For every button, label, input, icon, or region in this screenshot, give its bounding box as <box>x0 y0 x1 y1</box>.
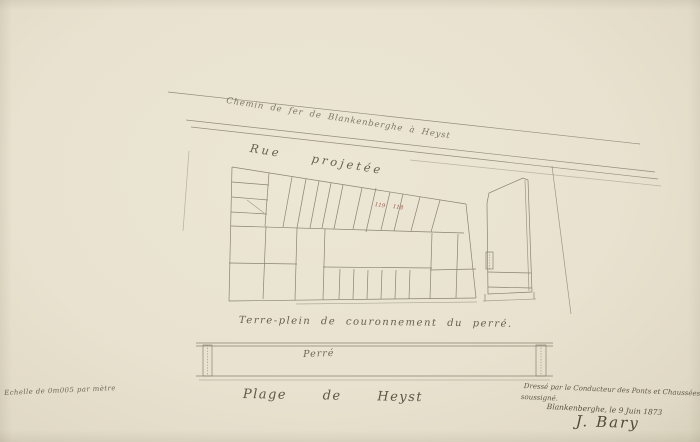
perre-band <box>196 343 553 380</box>
tall-right-parcel <box>483 178 536 301</box>
beach-label: Plage de Heyst <box>243 388 423 404</box>
plan-sheet: Chemin de fer de Blankenberghe à Heyst R… <box>0 0 700 442</box>
parcel-block <box>229 167 477 304</box>
upper-strip-dividers <box>283 177 440 232</box>
red-boundary-line <box>366 188 376 232</box>
annotation-signature: J. Bary <box>575 414 639 431</box>
plan-linework <box>0 0 700 442</box>
perre-label: Perré <box>303 349 335 360</box>
lower-parcels <box>229 226 477 304</box>
street-left-boundary <box>183 151 189 231</box>
right-diagonal-boundary <box>552 166 571 314</box>
